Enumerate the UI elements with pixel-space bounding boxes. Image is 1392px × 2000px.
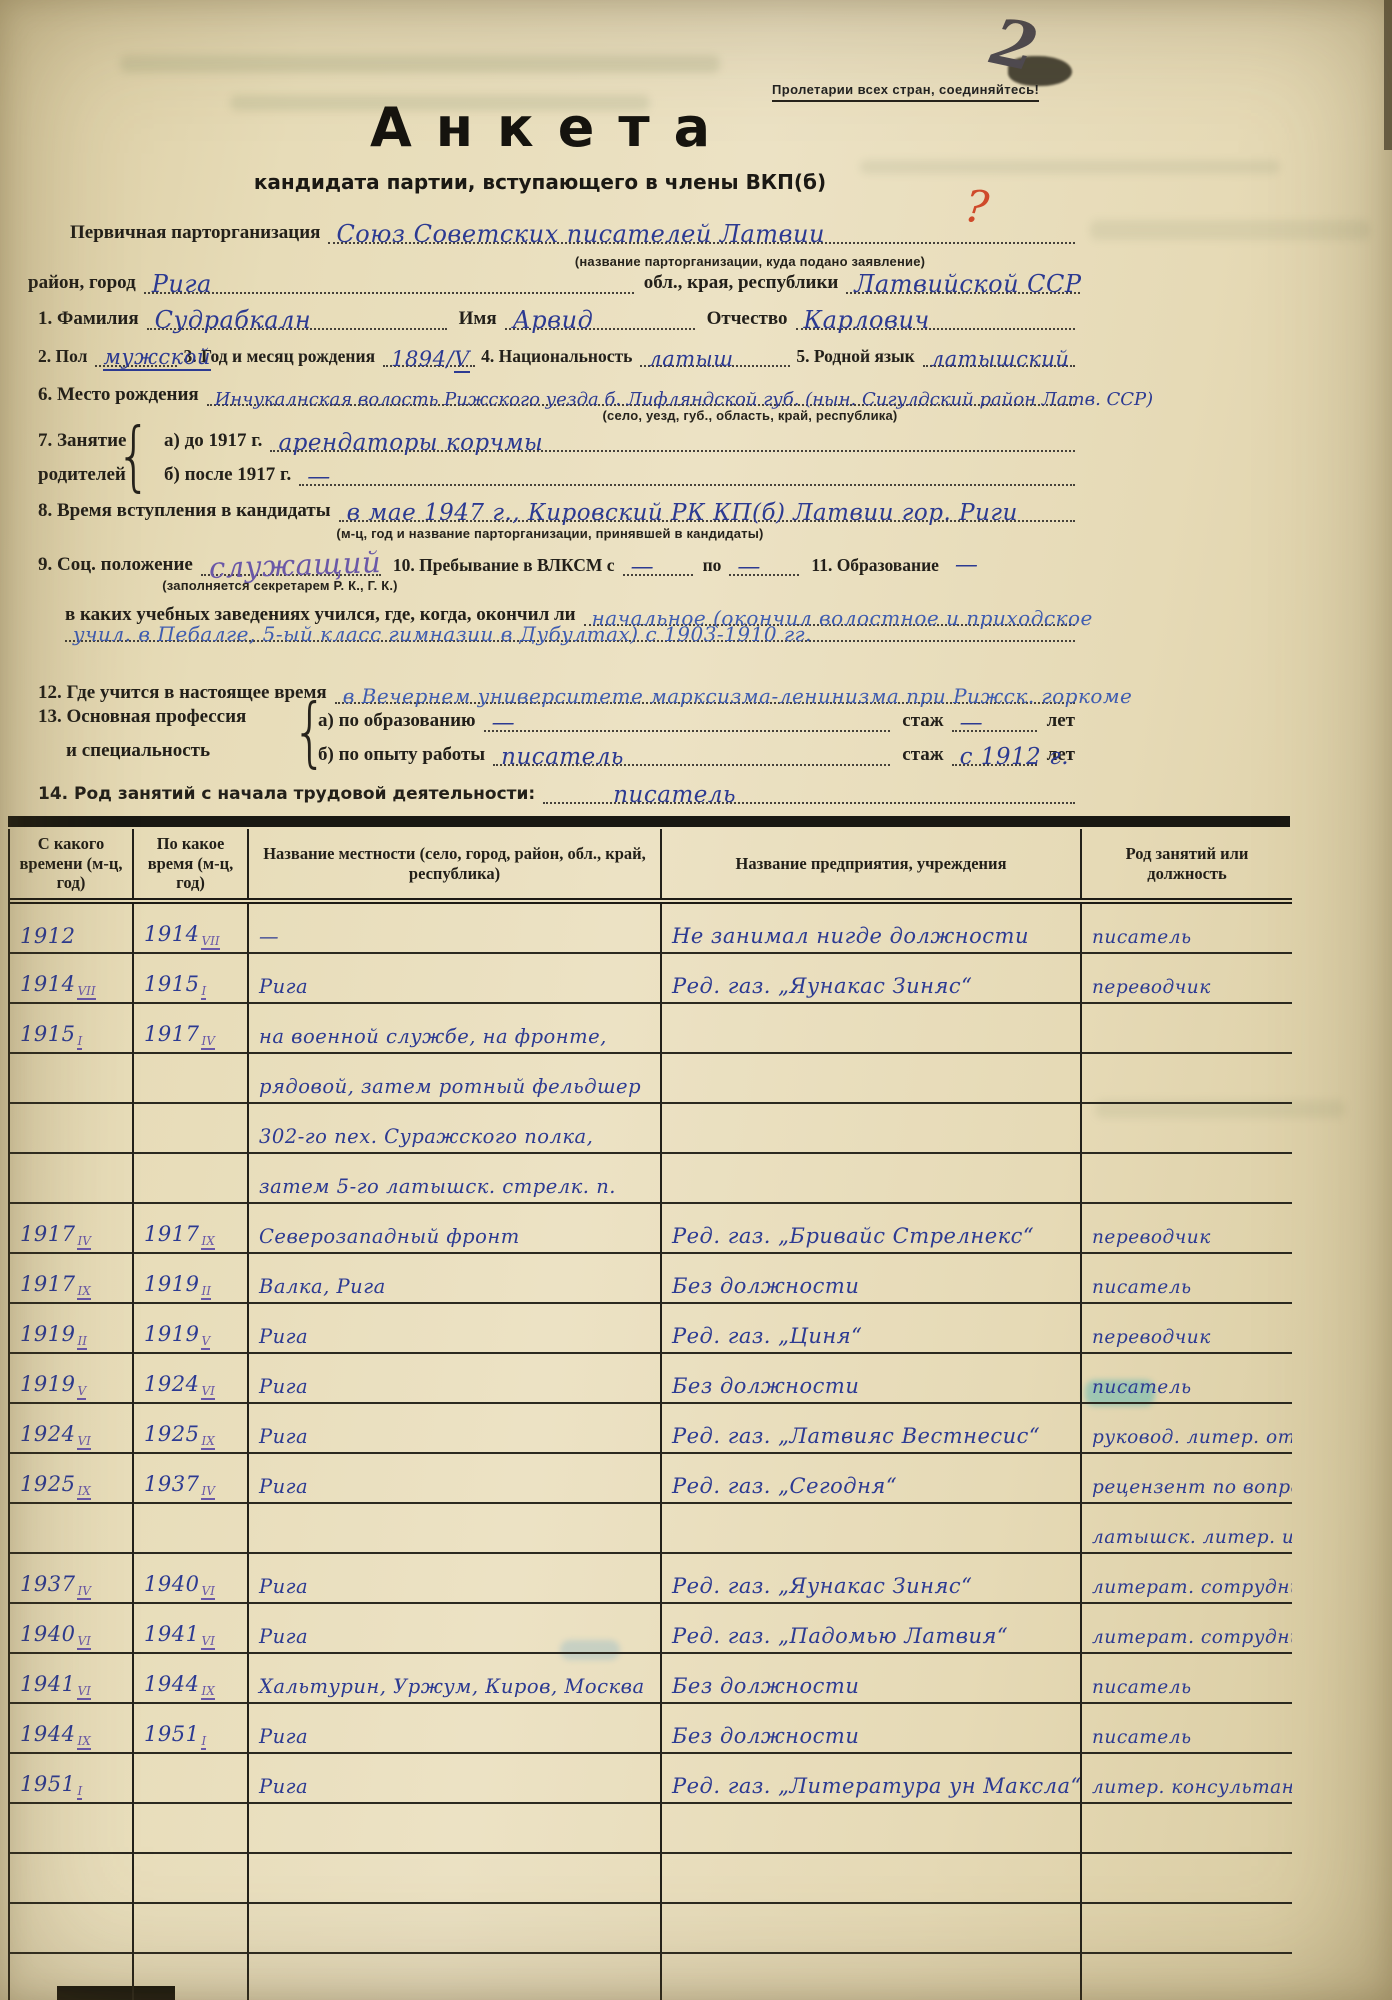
bleedthrough-smudge	[120, 55, 720, 73]
cell-from	[10, 1104, 132, 1154]
cell-org: Ред. газ. „Яунакас Зиняс“	[660, 1554, 1080, 1604]
table-row: 1917IV 1917IX Северозападный фронт Ред. …	[10, 1204, 1292, 1254]
cell-from	[10, 1804, 132, 1854]
cell-from: 1940VI	[10, 1604, 132, 1654]
cell-role	[1080, 1804, 1292, 1854]
table-row: 1919II 1919V Рига Ред. газ. „Циня“ перев…	[10, 1304, 1292, 1354]
studying-line: в Вечернем университете марксизма-ленини…	[335, 698, 1075, 704]
primary-org-value: Союз Советских писателей Латвии	[336, 220, 824, 248]
table-top-rule	[8, 816, 1290, 827]
cell-to: 1941VI	[132, 1604, 247, 1654]
parents-after-line: —	[299, 480, 1075, 486]
cell-place: Рига	[247, 1354, 660, 1404]
name-line: Арвид	[505, 324, 695, 330]
cell-role: писатель	[1080, 1704, 1292, 1754]
parents-label-1: 7. Занятие	[38, 430, 146, 452]
cell-role: писатель	[1080, 1654, 1292, 1704]
birth-month: V	[454, 347, 470, 373]
cell-place	[247, 1854, 660, 1904]
cell-to: 1917IX	[132, 1204, 247, 1254]
cell-to: 1944IX	[132, 1654, 247, 1704]
komsomol-to-label: по	[693, 555, 730, 576]
parents-label-2: родителей	[38, 464, 146, 486]
cell-org: Без должности	[660, 1704, 1080, 1754]
field-occupations: 14. Род занятий с начала трудовой деятел…	[38, 784, 1075, 804]
parents-before-line: арендаторы корчмы	[270, 446, 1075, 452]
field-experience: б) по опыту работы писатель стаж с 1912 …	[318, 744, 1075, 766]
field-by-education: а) по образованию — стаж — лет	[318, 710, 1075, 732]
field-parents-before: 7. Занятие а) до 1917 г. арендаторы корч…	[38, 430, 1075, 452]
birth-line: 1894/V	[383, 361, 475, 367]
table-row: 1917IX 1919II Валка, Рига Без должности …	[10, 1254, 1292, 1304]
cell-from: 1924VI	[10, 1404, 132, 1454]
cell-org	[660, 1904, 1080, 1954]
district-value: Рига	[152, 270, 212, 298]
cell-org: Ред. газ. „Яунакас Зиняс“	[660, 954, 1080, 1004]
cell-org: Ред. газ. „Сегодня“	[660, 1454, 1080, 1504]
surname-line: Судрабкалн	[147, 324, 447, 330]
cell-place	[247, 1954, 660, 2000]
by-education-label: а) по образованию	[318, 710, 484, 732]
cell-place: Хальтурин, Уржум, Киров, Москва	[247, 1654, 660, 1704]
sex-label: 2. Пол	[38, 346, 95, 367]
komsomol-to-value: —	[737, 554, 761, 580]
birthplace-label: 6. Место рождения	[38, 384, 207, 406]
cell-from	[10, 1904, 132, 1954]
patronymic-line: Карлович	[796, 324, 1076, 330]
social-label: 9. Соц. положение	[38, 554, 201, 576]
cell-org	[660, 1954, 1080, 2000]
cell-place: 302-го пех. Суражского полка,	[247, 1104, 660, 1154]
cell-from: 1919V	[10, 1354, 132, 1404]
stazh-1-value: —	[960, 710, 984, 736]
experience-value: писатель	[501, 744, 624, 770]
cell-role: литерат. сотрудник	[1080, 1604, 1292, 1654]
cell-role	[1080, 1104, 1292, 1154]
table-row: 1951I Рига Ред. газ. „Литература ун Макс…	[10, 1754, 1292, 1804]
cell-org	[660, 1854, 1080, 1904]
table-row	[10, 1854, 1292, 1904]
region-line: Латвийской ССР	[846, 288, 1080, 294]
cell-place: на военной службе, на фронте,	[247, 1004, 660, 1054]
cell-to: 1925IX	[132, 1404, 247, 1454]
cell-org: Ред. газ. „Бривайс Стрелнекс“	[660, 1204, 1080, 1254]
cell-from: 1915I	[10, 1004, 132, 1054]
table-row: рядовой, затем ротный фельдшер	[10, 1054, 1292, 1104]
candidate-value: в мае 1947 г., Кировский РК КП(б) Латвии…	[347, 500, 1018, 526]
cell-org	[660, 1004, 1080, 1054]
cell-org: Ред. газ. „Латвияс Вестнесис“	[660, 1404, 1080, 1454]
parents-before-label: а) до 1917 г.	[146, 430, 270, 452]
experience-label: б) по опыту работы	[318, 744, 493, 766]
cell-to: 1937IV	[132, 1454, 247, 1504]
cell-place: Валка, Рига	[247, 1254, 660, 1304]
table-row: 1915I 1917IV на военной службе, на фронт…	[10, 1004, 1292, 1054]
cell-role: рецензент по вопросам	[1080, 1454, 1292, 1504]
field-district-region: район, город Рига обл., края, республики…	[28, 272, 1080, 294]
cell-from	[10, 1504, 132, 1554]
cell-from: 1919II	[10, 1304, 132, 1354]
table-row: 1944IX 1951I Рига Без должности писатель	[10, 1704, 1292, 1754]
table-row: 302-го пех. Суражского полка,	[10, 1104, 1292, 1154]
cell-role: переводчик	[1080, 1304, 1292, 1354]
nationality-label: 4. Национальность	[475, 346, 640, 367]
parents-brace: {	[116, 413, 152, 501]
nationality-line: латыш	[640, 361, 790, 367]
cell-role	[1080, 1154, 1292, 1204]
patronymic-value: Карлович	[804, 306, 930, 334]
nationality-value: латыш	[648, 347, 733, 371]
header-from: С какого времени (м-ц, год)	[10, 829, 132, 898]
cell-org: Без должности	[660, 1654, 1080, 1704]
cell-org	[660, 1054, 1080, 1104]
cell-from: 1917IV	[10, 1204, 132, 1254]
cell-org: Без должности	[660, 1354, 1080, 1404]
header-org: Название предприятия, учреждения	[660, 829, 1080, 898]
sex-line: мужской	[95, 361, 177, 367]
cell-place: Рига	[247, 1554, 660, 1604]
cell-to	[132, 1104, 247, 1154]
work-table-body: 1912 1914VII — Не занимал нигде должност…	[10, 904, 1292, 2000]
studying-label: 12. Где учится в настоящее время	[38, 682, 335, 704]
cell-role: писатель	[1080, 1354, 1292, 1404]
cell-to: 1919V	[132, 1304, 247, 1354]
scanned-questionnaire-page: 2 Пролетарии всех стран, соединяйтесь! А…	[0, 0, 1392, 2000]
field-social: 9. Соц. положение служащий 10. Пребывани…	[38, 550, 1075, 576]
header-role: Род занятий или должность	[1080, 829, 1292, 898]
let-label-1: лет	[1037, 710, 1075, 732]
cell-role: писатель	[1080, 904, 1292, 954]
parents-after-label: б) после 1917 г.	[146, 464, 299, 486]
schools-value-2: учил. в Пебалге, 5-ый класс гимназии в Д…	[73, 622, 812, 646]
parents-after-value: —	[307, 464, 331, 490]
table-row: латышск. литер. и театра	[10, 1504, 1292, 1554]
birth-value: 1894/V	[391, 347, 470, 371]
cell-place	[247, 1904, 660, 1954]
cell-from: 1937IV	[10, 1554, 132, 1604]
cell-from	[10, 1154, 132, 1204]
social-line: служащий	[201, 570, 381, 576]
cell-role: руковод. литер. отд.	[1080, 1404, 1292, 1454]
cell-role: литерат. сотрудник	[1080, 1554, 1292, 1604]
language-label: 5. Родной язык	[790, 346, 922, 367]
candidate-caption: (м-ц, год и название парторганизации, пр…	[270, 526, 830, 541]
by-education-value: —	[492, 710, 516, 736]
cell-to	[132, 1954, 247, 2000]
language-line: латышский	[923, 361, 1075, 367]
paper-edge-shading	[1384, 0, 1392, 150]
primary-org-caption: (название парторганизации, куда подано з…	[420, 254, 1080, 269]
cell-place: Рига	[247, 1704, 660, 1754]
komsomol-to-line: —	[729, 570, 799, 576]
table-row: затем 5-го латышск. стрелк. п.	[10, 1154, 1292, 1204]
field-studying: 12. Где учится в настоящее время в Вечер…	[38, 682, 1075, 704]
cell-org	[660, 1104, 1080, 1154]
cell-place: затем 5-го латышск. стрелк. п.	[247, 1154, 660, 1204]
cell-org: Не занимал нигде должности	[660, 904, 1080, 954]
birthplace-line: Инчукалнская волость Рижского уезда б. Л…	[207, 400, 1075, 406]
cell-to	[132, 1804, 247, 1854]
table-row	[10, 1904, 1292, 1954]
cell-place: Рига	[247, 1304, 660, 1354]
cell-place: Рига	[247, 1604, 660, 1654]
cell-place: Северозападный фронт	[247, 1204, 660, 1254]
birthplace-caption: (село, уезд, губ., область, край, респуб…	[500, 408, 1000, 423]
table-row: 1912 1914VII — Не занимал нигде должност…	[10, 904, 1292, 954]
cell-to: 1919II	[132, 1254, 247, 1304]
region-label: обл., края, республики	[634, 272, 847, 294]
stazh-label-2: стаж	[890, 744, 951, 766]
cell-org: Ред. газ. „Циня“	[660, 1304, 1080, 1354]
table-row: 1937IV 1940VI Рига Ред. газ. „Яунакас Зи…	[10, 1554, 1292, 1604]
komsomol-from-value: —	[631, 554, 655, 580]
cell-to: 1940VI	[132, 1554, 247, 1604]
field-parents-after: родителей б) после 1917 г. —	[38, 464, 1075, 486]
cell-from	[10, 1954, 132, 2000]
page-corner-number: 2	[985, 4, 1044, 87]
work-table-header: С какого времени (м-ц, год) По какое вре…	[10, 829, 1292, 904]
cell-role: переводчик	[1080, 954, 1292, 1004]
birthplace-value: Инчукалнская волость Рижского уезда б. Л…	[215, 389, 1154, 410]
table-row: 1941VI 1944IX Хальтурин, Уржум, Киров, М…	[10, 1654, 1292, 1704]
cell-from: 1951I	[10, 1754, 132, 1804]
table-row: 1940VI 1941VI Рига Ред. газ. „Падомью Ла…	[10, 1604, 1292, 1654]
profession-label-1: 13. Основная профессия	[38, 706, 254, 728]
field-schools-2: учил. в Пебалге, 5-ый класс гимназии в Д…	[65, 636, 1075, 642]
cell-place	[247, 1804, 660, 1854]
work-history-table: С какого времени (м-ц, год) По какое вре…	[8, 829, 1292, 2000]
cell-place: Рига	[247, 1754, 660, 1804]
region-value: Латвийской ССР	[854, 270, 1081, 298]
cell-org: Ред. газ. „Падомью Латвия“	[660, 1604, 1080, 1654]
occupations-value: писатель	[613, 782, 736, 808]
cell-role	[1080, 1054, 1292, 1104]
patronymic-label: Отчество	[695, 308, 796, 330]
form-subtitle: кандидата партии, вступающего в члены ВК…	[0, 170, 1080, 194]
district-line: Рига	[144, 288, 634, 294]
occupations-label: 14. Род занятий с начала трудовой деятел…	[38, 784, 543, 804]
cell-from	[10, 1854, 132, 1904]
cell-from: 1944IX	[10, 1704, 132, 1754]
table-row: 1919V 1924VI Рига Без должности писатель	[10, 1354, 1292, 1404]
cell-from: 1925IX	[10, 1454, 132, 1504]
cell-role	[1080, 1904, 1292, 1954]
cell-org	[660, 1504, 1080, 1554]
cell-role	[1080, 1954, 1292, 2000]
experience-line: писатель	[493, 760, 890, 766]
field-primary-org: Первичная парторганизация Союз Советских…	[70, 222, 1075, 244]
header-to: По какое время (м-ц, год)	[132, 829, 247, 898]
cell-to: 1917IV	[132, 1004, 247, 1054]
cell-to	[132, 1054, 247, 1104]
table-row: 1925IX 1937IV Рига Ред. газ. „Сегодня“ р…	[10, 1454, 1292, 1504]
cell-role	[1080, 1004, 1292, 1054]
cell-place: рядовой, затем ротный фельдшер	[247, 1054, 660, 1104]
cell-to: 1924VI	[132, 1354, 247, 1404]
stazh-line-1: —	[952, 726, 1037, 732]
name-value: Арвид	[513, 306, 594, 334]
by-education-line: —	[484, 726, 891, 732]
profession-label-2: и специальность	[66, 740, 218, 762]
cell-to: 1951I	[132, 1704, 247, 1754]
social-caption: (заполняется секретарем Р. К., Г. К.)	[110, 578, 450, 593]
cell-role	[1080, 1854, 1292, 1904]
surname-label: 1. Фамилия	[38, 308, 147, 330]
candidate-label: 8. Время вступления в кандидаты	[38, 500, 339, 522]
stazh-label-1: стаж	[890, 710, 951, 732]
cell-to: 1914VII	[132, 904, 247, 954]
cell-from: 1917IX	[10, 1254, 132, 1304]
cell-role: переводчик	[1080, 1204, 1292, 1254]
candidate-line: в мае 1947 г., Кировский РК КП(б) Латвии…	[339, 516, 1075, 522]
education-label: 11. Образование	[799, 555, 947, 576]
field-fio: 1. Фамилия Судрабкалн Имя Арвид Отчество…	[38, 308, 1075, 330]
schools-line-2: учил. в Пебалге, 5-ый класс гимназии в Д…	[65, 636, 1075, 642]
stazh-line-2: с 1912 г.	[952, 760, 1037, 766]
cell-to	[132, 1504, 247, 1554]
field-birthplace: 6. Место рождения Инчукалнская волость Р…	[38, 384, 1075, 406]
komsomol-label: 10. Пребывание в ВЛКСМ с	[381, 555, 623, 576]
cell-to	[132, 1754, 247, 1804]
cell-org: Ред. газ. „Литература ун Максла“	[660, 1754, 1080, 1804]
table-row: 1924VI 1925IX Рига Ред. газ. „Латвияс Ве…	[10, 1404, 1292, 1454]
cell-place: Рига	[247, 1454, 660, 1504]
cell-role: литер. консультант	[1080, 1754, 1292, 1804]
cell-from: 1941VI	[10, 1654, 132, 1704]
header-place: Название местности (село, город, район, …	[247, 829, 660, 898]
parents-before-value: арендаторы корчмы	[278, 430, 543, 456]
primary-org-label: Первичная парторганизация	[70, 222, 328, 244]
field-candidate: 8. Время вступления в кандидаты в мае 19…	[38, 500, 1075, 522]
bleedthrough-smudge	[1090, 220, 1370, 240]
cell-org	[660, 1154, 1080, 1204]
sex-value: мужской	[103, 345, 210, 371]
occupations-line: писатель	[543, 798, 1075, 804]
cell-to	[132, 1904, 247, 1954]
cell-role: латышск. литер. и театра	[1080, 1504, 1292, 1554]
cell-place: Рига	[247, 1404, 660, 1454]
cell-org	[660, 1804, 1080, 1854]
cell-role: писатель	[1080, 1254, 1292, 1304]
table-row	[10, 1954, 1292, 2000]
cell-to	[132, 1854, 247, 1904]
studying-value: в Вечернем университете марксизма-ленини…	[343, 684, 1133, 708]
field-personal: 2. Пол мужской 3. Год и месяц рождения 1…	[38, 346, 1075, 367]
language-value: латышский	[931, 347, 1070, 371]
education-value: —	[955, 552, 979, 578]
cell-place: —	[247, 904, 660, 954]
cell-place	[247, 1504, 660, 1554]
name-label: Имя	[447, 308, 505, 330]
cell-to: 1915I	[132, 954, 247, 1004]
surname-value: Судрабкалн	[155, 306, 312, 334]
cell-org: Без должности	[660, 1254, 1080, 1304]
stazh-2-value: с 1912 г.	[960, 744, 1069, 770]
cell-to	[132, 1154, 247, 1204]
primary-org-line: Союз Советских писателей Латвии	[328, 238, 1075, 244]
cell-from: 1912	[10, 904, 132, 954]
district-label: район, город	[28, 272, 144, 294]
table-row	[10, 1804, 1292, 1854]
table-row: 1914VII 1915I Рига Ред. газ. „Яунакас Зи…	[10, 954, 1292, 1004]
form-title: Анкета	[0, 96, 1080, 159]
cell-from: 1914VII	[10, 954, 132, 1004]
cell-from	[10, 1054, 132, 1104]
komsomol-from-line: —	[623, 570, 693, 576]
cell-place: Рига	[247, 954, 660, 1004]
